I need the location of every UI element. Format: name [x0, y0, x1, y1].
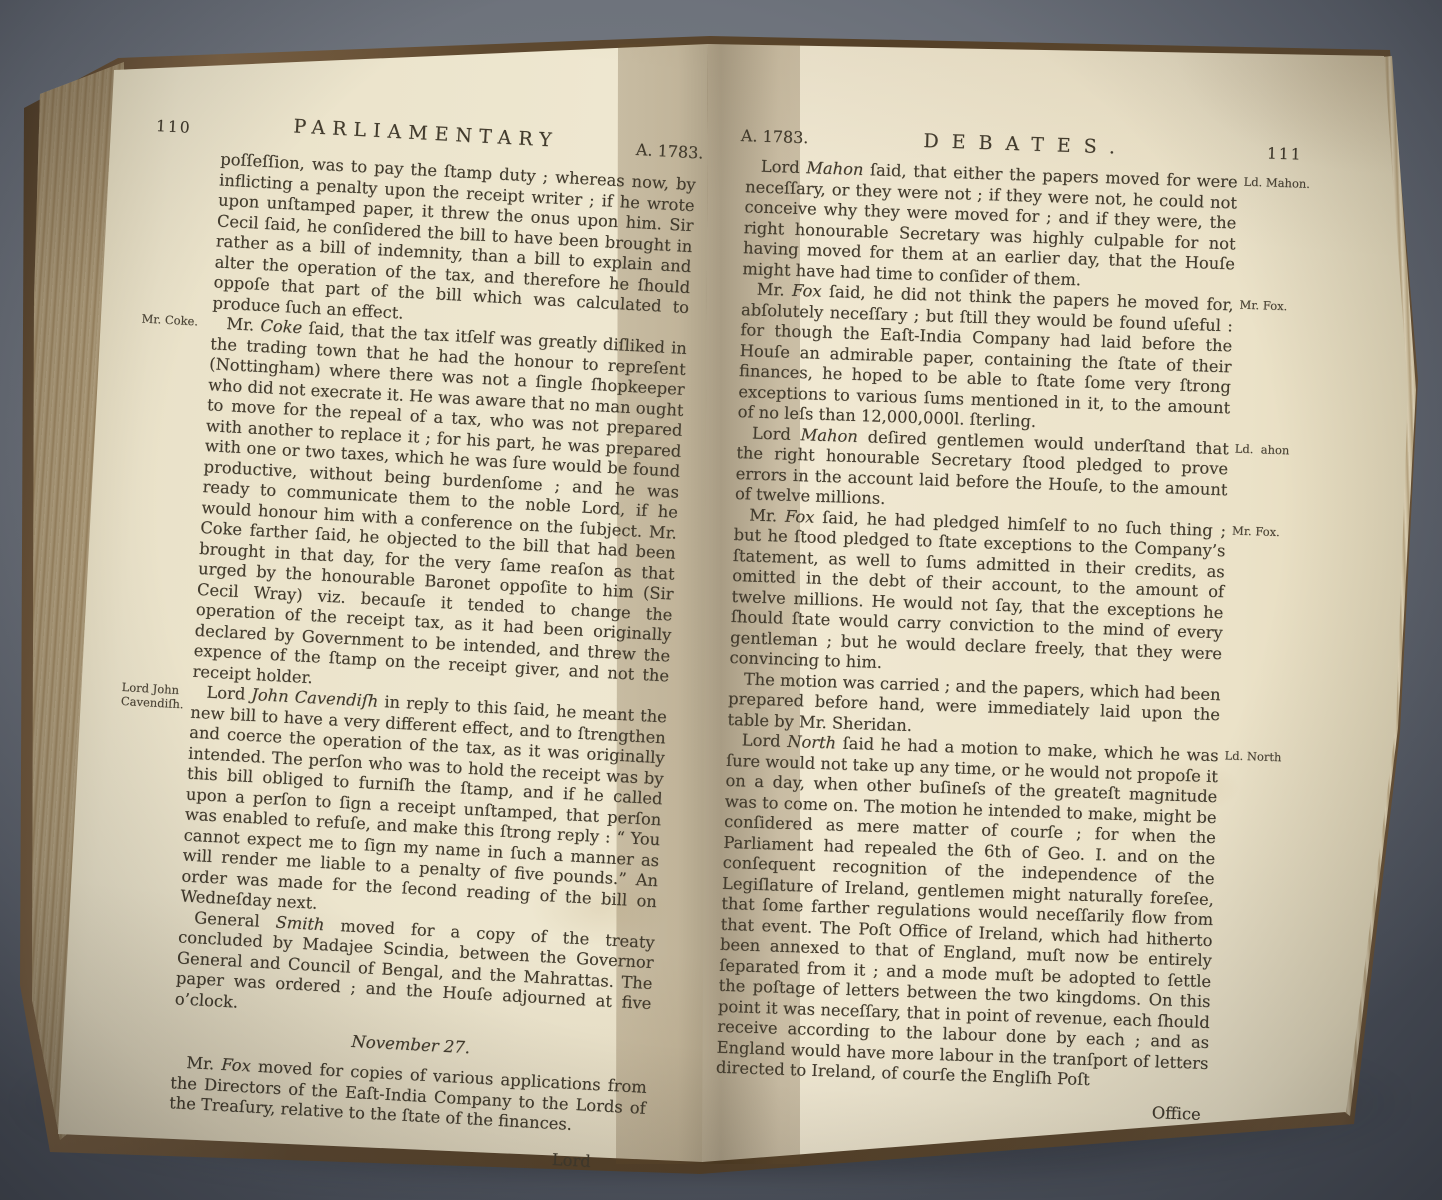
paragraph-text: ſaid, that either the papers moved for w…	[742, 160, 1238, 289]
speaker-prefix: Mr.	[756, 280, 792, 300]
speaker-prefix: Lord	[752, 423, 801, 444]
margin-note-mr-fox-2: Mr. Fox.	[1232, 524, 1320, 540]
margin-note-lord-john-cavendish: Lord John Cavendiſh.	[121, 681, 188, 712]
left-text-column: poſſeſſion, was to pay the ſtamp duty ; …	[167, 149, 696, 1173]
margin-note-ld-mahon: Ld. Mahon.	[1243, 176, 1331, 192]
speaker-name: Fox	[785, 506, 815, 526]
speaker-name: Smith	[275, 912, 325, 934]
paragraph: Mr. Coke.Mr. Coke ſaid, that the tax itſ…	[192, 313, 687, 707]
margin-note-mr-coke: Mr. Coke.	[141, 312, 208, 329]
paragraph: Ld. NorthLord North ſaid he had a motion…	[716, 730, 1219, 1095]
left-running-title: PARLIAMENTARY	[226, 112, 627, 156]
margin-note-ld-mahon-2: Ld. ahon	[1235, 442, 1323, 458]
right-running-title: DEBATES.	[818, 127, 1233, 163]
margin-note-mr-fox: Mr. Fox.	[1239, 299, 1327, 315]
speaker-prefix: Lord	[206, 683, 252, 704]
speaker-prefix: Lord	[761, 157, 807, 177]
speaker-prefix: Mr.	[186, 1053, 222, 1074]
speaker-name: North	[787, 732, 836, 753]
margin-note-ld-north: Ld. North	[1224, 749, 1312, 765]
paragraph-text: ſaid, he had pledged himſelf to no ſuch …	[729, 507, 1226, 672]
paragraph: Mr. Fox.Mr. Fox ſaid, he did not think t…	[737, 279, 1233, 439]
paragraph-text: ſaid, he did not think the papers he mov…	[737, 282, 1233, 431]
speaker-prefix: Mr.	[749, 505, 785, 525]
paragraph: Ld. Mahon.Lord Mahon ſaid, that either t…	[742, 156, 1238, 295]
photo-background: 110 PARLIAMENTARY A. 1783. poſſeſſion, w…	[0, 0, 1442, 1200]
speaker-name: Fox	[221, 1055, 251, 1076]
speaker-prefix: General	[194, 908, 276, 931]
left-running-year: A. 1783.	[625, 139, 704, 162]
paragraph: Lord John Cavendiſh.Lord John Cavendiſh …	[180, 682, 667, 933]
paragraph-text: ſaid, that the tax itſelf was greatly di…	[192, 318, 687, 687]
left-page-content: 110 PARLIAMENTARY A. 1783. poſſeſſion, w…	[101, 90, 705, 1174]
speaker-prefix: Mr.	[226, 314, 261, 335]
speaker-name: Mahon	[806, 158, 864, 179]
paragraph-text: in reply to this ſaid, he meant the new …	[180, 692, 667, 913]
speaker-prefix: Lord	[742, 730, 788, 750]
paragraph: poſſeſſion, was to pay the ſtamp duty ; …	[212, 149, 696, 339]
right-text-column: Ld. Mahon.Lord Mahon ſaid, that either t…	[715, 156, 1238, 1123]
paragraph: Mr. Fox moved for copies of various appl…	[169, 1052, 648, 1139]
left-page-number: 110	[156, 117, 227, 139]
paragraph-text: poſſeſſion, was to pay the ſtamp duty ; …	[212, 149, 696, 322]
paragraph-text: ſaid he had a motion to make, which he w…	[716, 733, 1219, 1089]
speaker-name: Fox	[792, 281, 822, 301]
speaker-name: Mahon	[800, 425, 858, 446]
right-running-year: A. 1783.	[741, 126, 820, 148]
paragraph: Mr. Fox.Mr. Fox ſaid, he had pledged him…	[729, 504, 1226, 684]
speaker-name: Coke	[260, 316, 303, 337]
right-page-number: 111	[1232, 143, 1303, 163]
right-page-content: A. 1783. DEBATES. 111 Ld. Mahon.Lord Mah…	[709, 102, 1304, 1126]
